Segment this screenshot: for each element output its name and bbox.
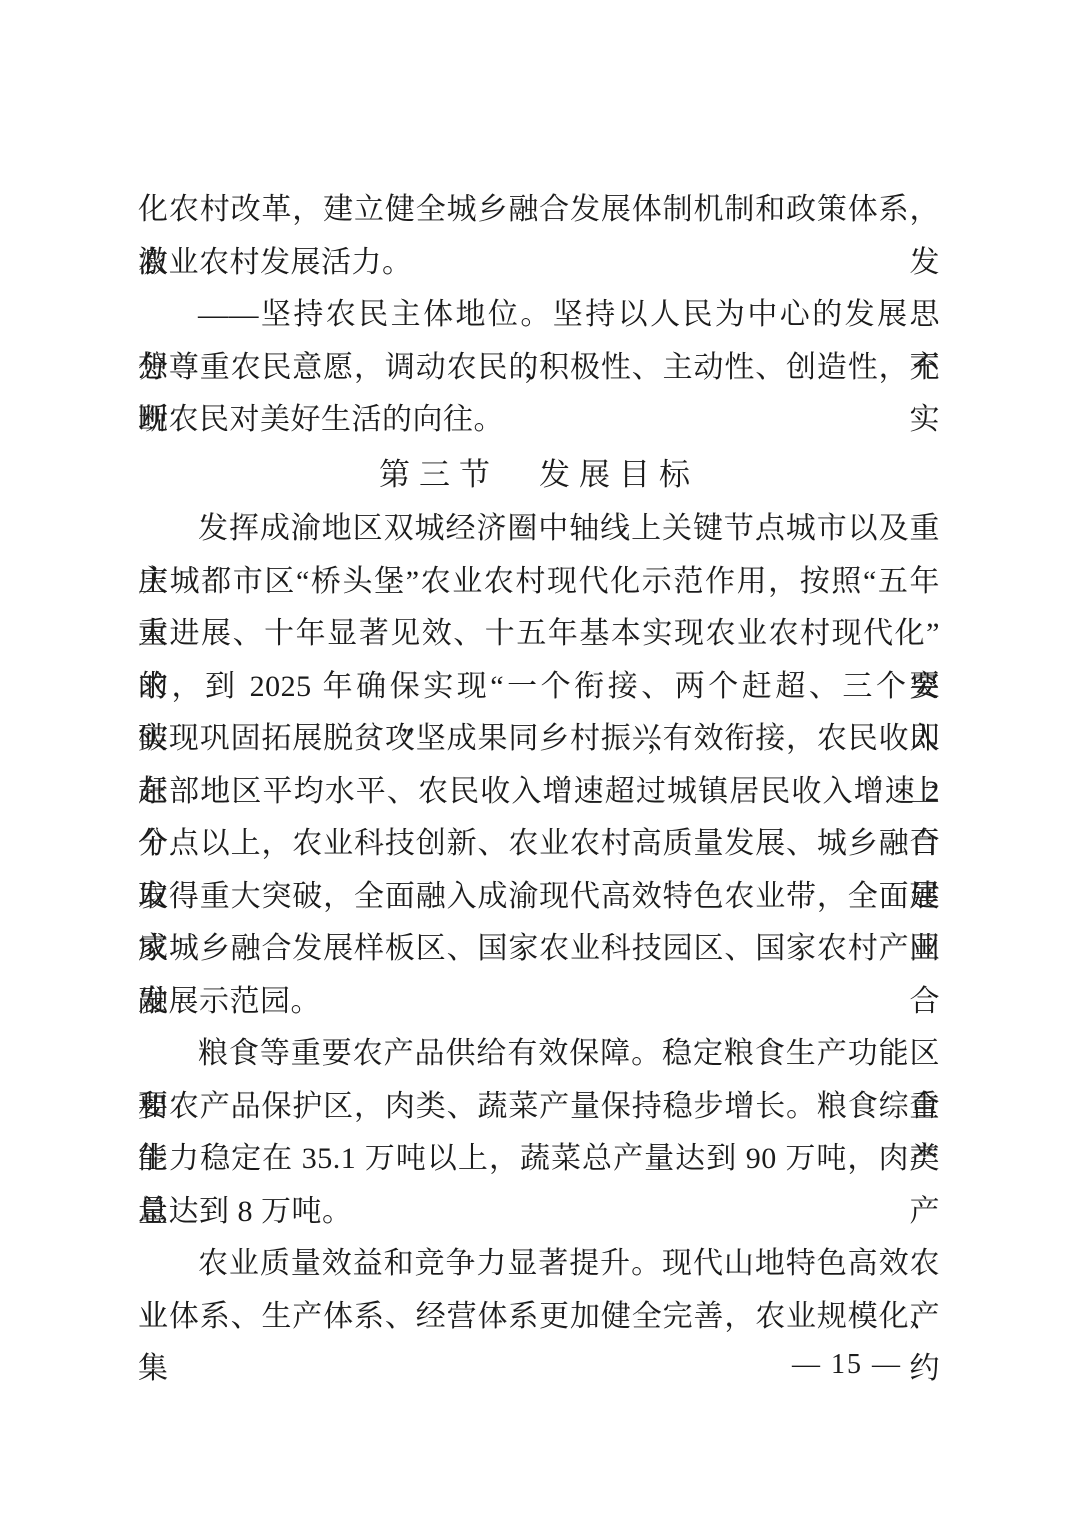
text-line: 业体系、生产体系、经营体系更加健全完善，农业规模化、集约 [138,1291,940,1344]
text-line: 家城乡融合发展样板区、国家农业科技园区、国家农村产业融合 [138,923,940,976]
para-deepen-rural-reform-continued: 化农村改革，建立健全城乡融合发展体制机制和政策体系，激发农业农村发展活力。 [138,184,940,289]
text-line: 取得重大突破，全面融入成渝现代高效特色农业带，全面建成国 [138,871,940,924]
text-line: 能力稳定在 35.1 万吨以上，蔬菜总产量达到 90 万吨，肉类总产 [138,1133,940,1186]
text-line: 东部地区平均水平、农民收入增速超过城镇居民收入增速 2 个百 [138,766,940,819]
text-line: 粮食等重要农产品供给有效保障。稳定粮食生产功能区和重 [138,1028,940,1081]
page-number: — 15 — [792,1348,902,1382]
text-line: 主城都市区“桥头堡”农业农村现代化示范作用，按照“五年重 [138,556,940,609]
text-line: 农业质量效益和竞争力显著提升。现代山地特色高效农业产 [138,1238,940,1291]
text-line: 分点以上，农业科技创新、农业农村高质量发展、城乡融合发展 [138,818,940,871]
document-content: 化农村改革，建立健全城乡融合发展体制机制和政策体系，激发农业农村发展活力。——坚… [138,184,940,1343]
text-line: 大进展、十年显著见效、十五年基本实现农业农村现代化”的要 [138,608,940,661]
para-agriculture-quality-improvement: 农业质量效益和竞争力显著提升。现代山地特色高效农业产业体系、生产体系、经营体系更… [138,1238,940,1343]
para-grain-supply-guarantee: 粮食等重要农产品供给有效保障。稳定粮食生产功能区和重要农产品保护区，肉类、蔬菜产… [138,1028,940,1238]
text-line: 求，到 2025 年确保实现“一个衔接、两个赶超、三个突破”，即 [138,661,940,714]
document-page: 化农村改革，建立健全城乡融合发展体制机制和政策体系，激发农业农村发展活力。——坚… [0,0,1074,1520]
para-development-goals-overview: 发挥成渝地区双城经济圈中轴线上关键节点城市以及重庆主城都市区“桥头堡”农业农村现… [138,503,940,1028]
text-line: 化农村改革，建立健全城乡融合发展体制机制和政策体系，激发 [138,184,940,237]
text-line: 分尊重农民意愿，调动农民的积极性、主动性、创造性，不断实 [138,342,940,395]
text-line: ——坚持农民主体地位。坚持以人民为中心的发展思想，充 [138,289,940,342]
text-line: 要农产品保护区，肉类、蔬菜产量保持稳步增长。粮食综合生产 [138,1081,940,1134]
para-adhere-farmer-principal-status: ——坚持农民主体地位。坚持以人民为中心的发展思想，充分尊重农民意愿，调动农民的积… [138,289,940,447]
text-line: 实现巩固拓展脱贫攻坚成果同乡村振兴有效衔接，农民收入赶上 [138,713,940,766]
text-line: 发挥成渝地区双城经济圈中轴线上关键节点城市以及重庆 [138,503,940,556]
section-heading: 第三节 发展目标 [138,449,940,502]
